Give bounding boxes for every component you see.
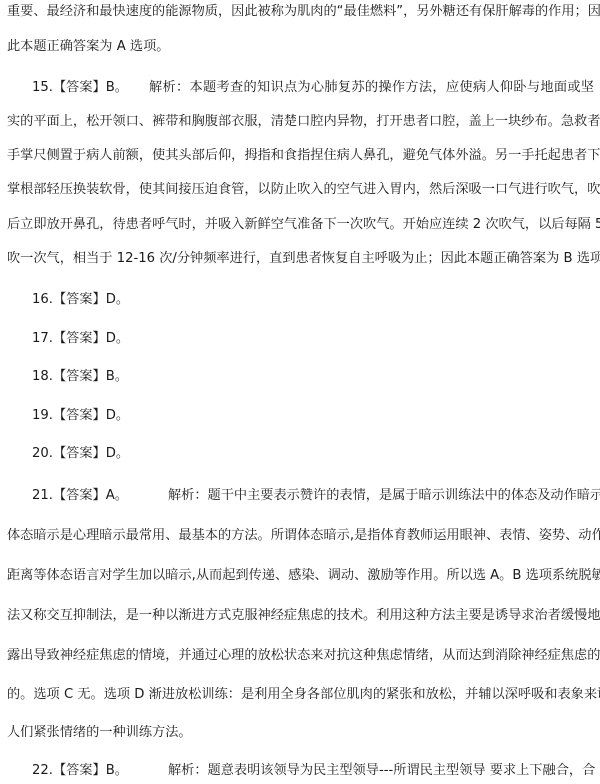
answer-value: B。 bbox=[106, 80, 128, 95]
answer-label: 【答案】 bbox=[53, 80, 106, 95]
answer-17: 17.【答案】D。 bbox=[32, 330, 129, 348]
answer-label: 【答案】 bbox=[53, 292, 106, 307]
answer-value: B。 bbox=[106, 763, 128, 778]
analysis-line: 露出导致神经症焦虑的情境，并通过心理的放松状态来对抗这种焦虑情绪，从而达到消除神… bbox=[7, 647, 594, 665]
analysis-line: 距离等体态语言对学生加以暗示,从而起到传递、感染、调动、激励等作用。所以选 A。… bbox=[7, 567, 594, 585]
analysis-first-line: 解析：题干中主要表示赞许的表情，是属于暗示训练法中的体态及动作暗示。 bbox=[168, 487, 594, 505]
analysis-line: 法又称交互抑制法，是一种以渐进方式克服神经症焦虑的技术。利用这种方法主要是诱导求… bbox=[7, 607, 594, 625]
question-number: 18. bbox=[32, 369, 53, 384]
analysis-line: 的。选项 C 无。选项 D 渐进放松训练：是利用全身各部位肌肉的紧张和放松，并辅… bbox=[7, 686, 594, 704]
answer-20: 20.【答案】D。 bbox=[32, 445, 129, 463]
analysis-line: 掌根部轻压换装软骨，使其间接压迫食管，以防止吹入的空气进入胃内，然后深吸一口气进… bbox=[7, 181, 594, 199]
answer-value: D。 bbox=[106, 292, 129, 307]
answer-label: 【答案】 bbox=[53, 408, 106, 423]
answer-21: 21.【答案】A。 bbox=[32, 487, 128, 505]
analysis-line: 后立即放开鼻孔，待患者呼气时，并吸入新鲜空气准备下一次吹气。开始应连续 2 次吹… bbox=[7, 216, 594, 234]
answer-22: 22.【答案】B。 bbox=[32, 762, 128, 780]
analysis-first-line: 解析：本题考查的知识点为心肺复苏的操作方法，应使病人仰卧与地面或坚 bbox=[149, 79, 594, 97]
answer-18: 18.【答案】B。 bbox=[32, 368, 128, 386]
paragraph-line: 此本题正确答案为 A 选项。 bbox=[7, 38, 169, 56]
question-number: 21. bbox=[32, 488, 53, 503]
question-number: 19. bbox=[32, 408, 53, 423]
answer-15: 15.【答案】B。 bbox=[32, 79, 128, 97]
answer-value: B。 bbox=[106, 369, 128, 384]
analysis-line: 人们紧张情绪的一种训练方法。 bbox=[7, 724, 192, 742]
analysis-line: 手掌尺侧置于病人前额，使其头部后仰，拇指和食指捏住病人鼻孔，避免气体外溢。另一手… bbox=[7, 147, 594, 165]
answer-value: D。 bbox=[106, 446, 129, 461]
answer-label: 【答案】 bbox=[53, 446, 106, 461]
answer-value: A。 bbox=[106, 488, 128, 503]
analysis-line: 实的平面上，松开领口、裤带和胸腹部衣服，清楚口腔内异物，打开患者口腔，盖上一块纱… bbox=[7, 113, 594, 131]
question-number: 17. bbox=[32, 331, 53, 346]
answer-label: 【答案】 bbox=[53, 488, 106, 503]
answer-value: D。 bbox=[106, 408, 129, 423]
question-number: 20. bbox=[32, 446, 53, 461]
answer-label: 【答案】 bbox=[53, 369, 106, 384]
question-number: 15. bbox=[32, 80, 53, 95]
analysis-line: 体态暗示是心理暗示最常用、最基本的方法。所谓体态暗示,是指体育教师运用眼神、表情… bbox=[7, 527, 594, 545]
answer-19: 19.【答案】D。 bbox=[32, 407, 129, 425]
analysis-line: 吹一次气，相当于 12-16 次/分钟频率进行，直到患者恢复自主呼吸为止；因此本… bbox=[7, 250, 600, 268]
question-number: 16. bbox=[32, 292, 53, 307]
paragraph-line: 重要、最经济和最快速度的能源物质，因此被称为肌肉的“最佳燃料”，另外糖还有保肝解… bbox=[7, 3, 594, 21]
answer-label: 【答案】 bbox=[53, 763, 106, 778]
answer-label: 【答案】 bbox=[53, 331, 106, 346]
question-number: 22. bbox=[32, 763, 53, 778]
analysis-first-line: 解析：题意表明该领导为民主型领导---所谓民主型领导 要求上下融合，合 bbox=[168, 762, 594, 780]
answer-16: 16.【答案】D。 bbox=[32, 291, 129, 309]
answer-value: D。 bbox=[106, 331, 129, 346]
